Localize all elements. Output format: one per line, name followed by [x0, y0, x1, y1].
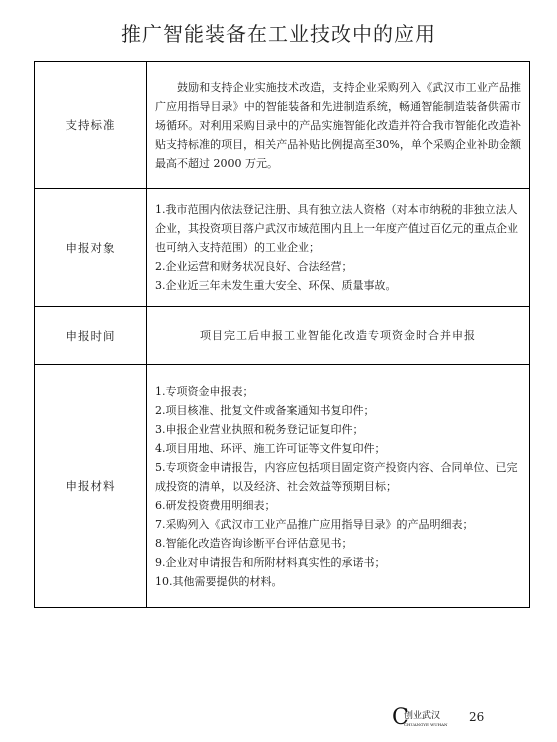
footer-logo: C 创业武汉 CHUANGYE WUHAN [392, 705, 444, 731]
row-label: 申报材料 [35, 365, 147, 608]
row-label: 支持标准 [35, 62, 147, 189]
list-item: 5.专项资金申请报告，内容应包括项目固定资产投资内容、合同单位、已完成投资的清单… [155, 458, 521, 496]
row-label: 申报对象 [35, 189, 147, 307]
list-item: 1.专项资金申报表； [155, 382, 521, 401]
list-item: 1.我市范围内依法登记注册、具有独立法人资格（对本市纳税的非独立法人企业，其投资… [155, 200, 521, 257]
list-item: 3.申报企业营业执照和税务登记证复印件； [155, 420, 521, 439]
list-item: 7.采购列入《武汉市工业产品推广应用指导目录》的产品明细表； [155, 515, 521, 534]
list-item: 4.项目用地、环评、施工许可证等文件复印件； [155, 439, 521, 458]
table-row-materials: 申报材料 1.专项资金申报表； 2.项目核准、批复文件或备案通知书复印件； 3.… [35, 365, 530, 608]
table-row-application-time: 申报时间 项目完工后申报工业智能化改造专项资金时合并申报 [35, 307, 530, 365]
row-content: 1.我市范围内依法登记注册、具有独立法人资格（对本市纳税的非独立法人企业，其投资… [147, 189, 530, 307]
row-content: 鼓励和支持企业实施技术改造，支持企业采购列入《武汉市工业产品推广应用指导目录》中… [147, 62, 530, 189]
list-item: 9.企业对申请报告和所附材料真实性的承诺书； [155, 553, 521, 572]
support-standard-text: 鼓励和支持企业实施技术改造，支持企业采购列入《武汉市工业产品推广应用指导目录》中… [155, 78, 521, 173]
list-item: 2.企业运营和财务状况良好、合法经营； [155, 257, 521, 276]
page-title: 推广智能装备在工业技改中的应用 [0, 18, 557, 47]
info-table: 支持标准 鼓励和支持企业实施技术改造，支持企业采购列入《武汉市工业产品推广应用指… [34, 61, 530, 608]
list-item: 2.项目核准、批复文件或备案通知书复印件； [155, 401, 521, 420]
table-row-applicants: 申报对象 1.我市范围内依法登记注册、具有独立法人资格（对本市纳税的非独立法人企… [35, 189, 530, 307]
list-item: 8.智能化改造咨询诊断平台评估意见书； [155, 534, 521, 553]
row-content: 项目完工后申报工业智能化改造专项资金时合并申报 [147, 307, 530, 365]
list-item: 6.研发投资费用明细表； [155, 496, 521, 515]
row-content: 1.专项资金申报表； 2.项目核准、批复文件或备案通知书复印件； 3.申报企业营… [147, 365, 530, 608]
page-number: 26 [469, 710, 484, 724]
table-row-support-standard: 支持标准 鼓励和支持企业实施技术改造，支持企业采购列入《武汉市工业产品推广应用指… [35, 62, 530, 189]
row-label: 申报时间 [35, 307, 147, 365]
logo-text: 创业武汉 [404, 708, 440, 721]
list-item: 3.企业近三年未发生重大安全、环保、质量事故。 [155, 276, 521, 295]
list-item: 10.其他需要提供的材料。 [155, 572, 521, 591]
logo-subtext: CHUANGYE WUHAN [404, 722, 448, 727]
